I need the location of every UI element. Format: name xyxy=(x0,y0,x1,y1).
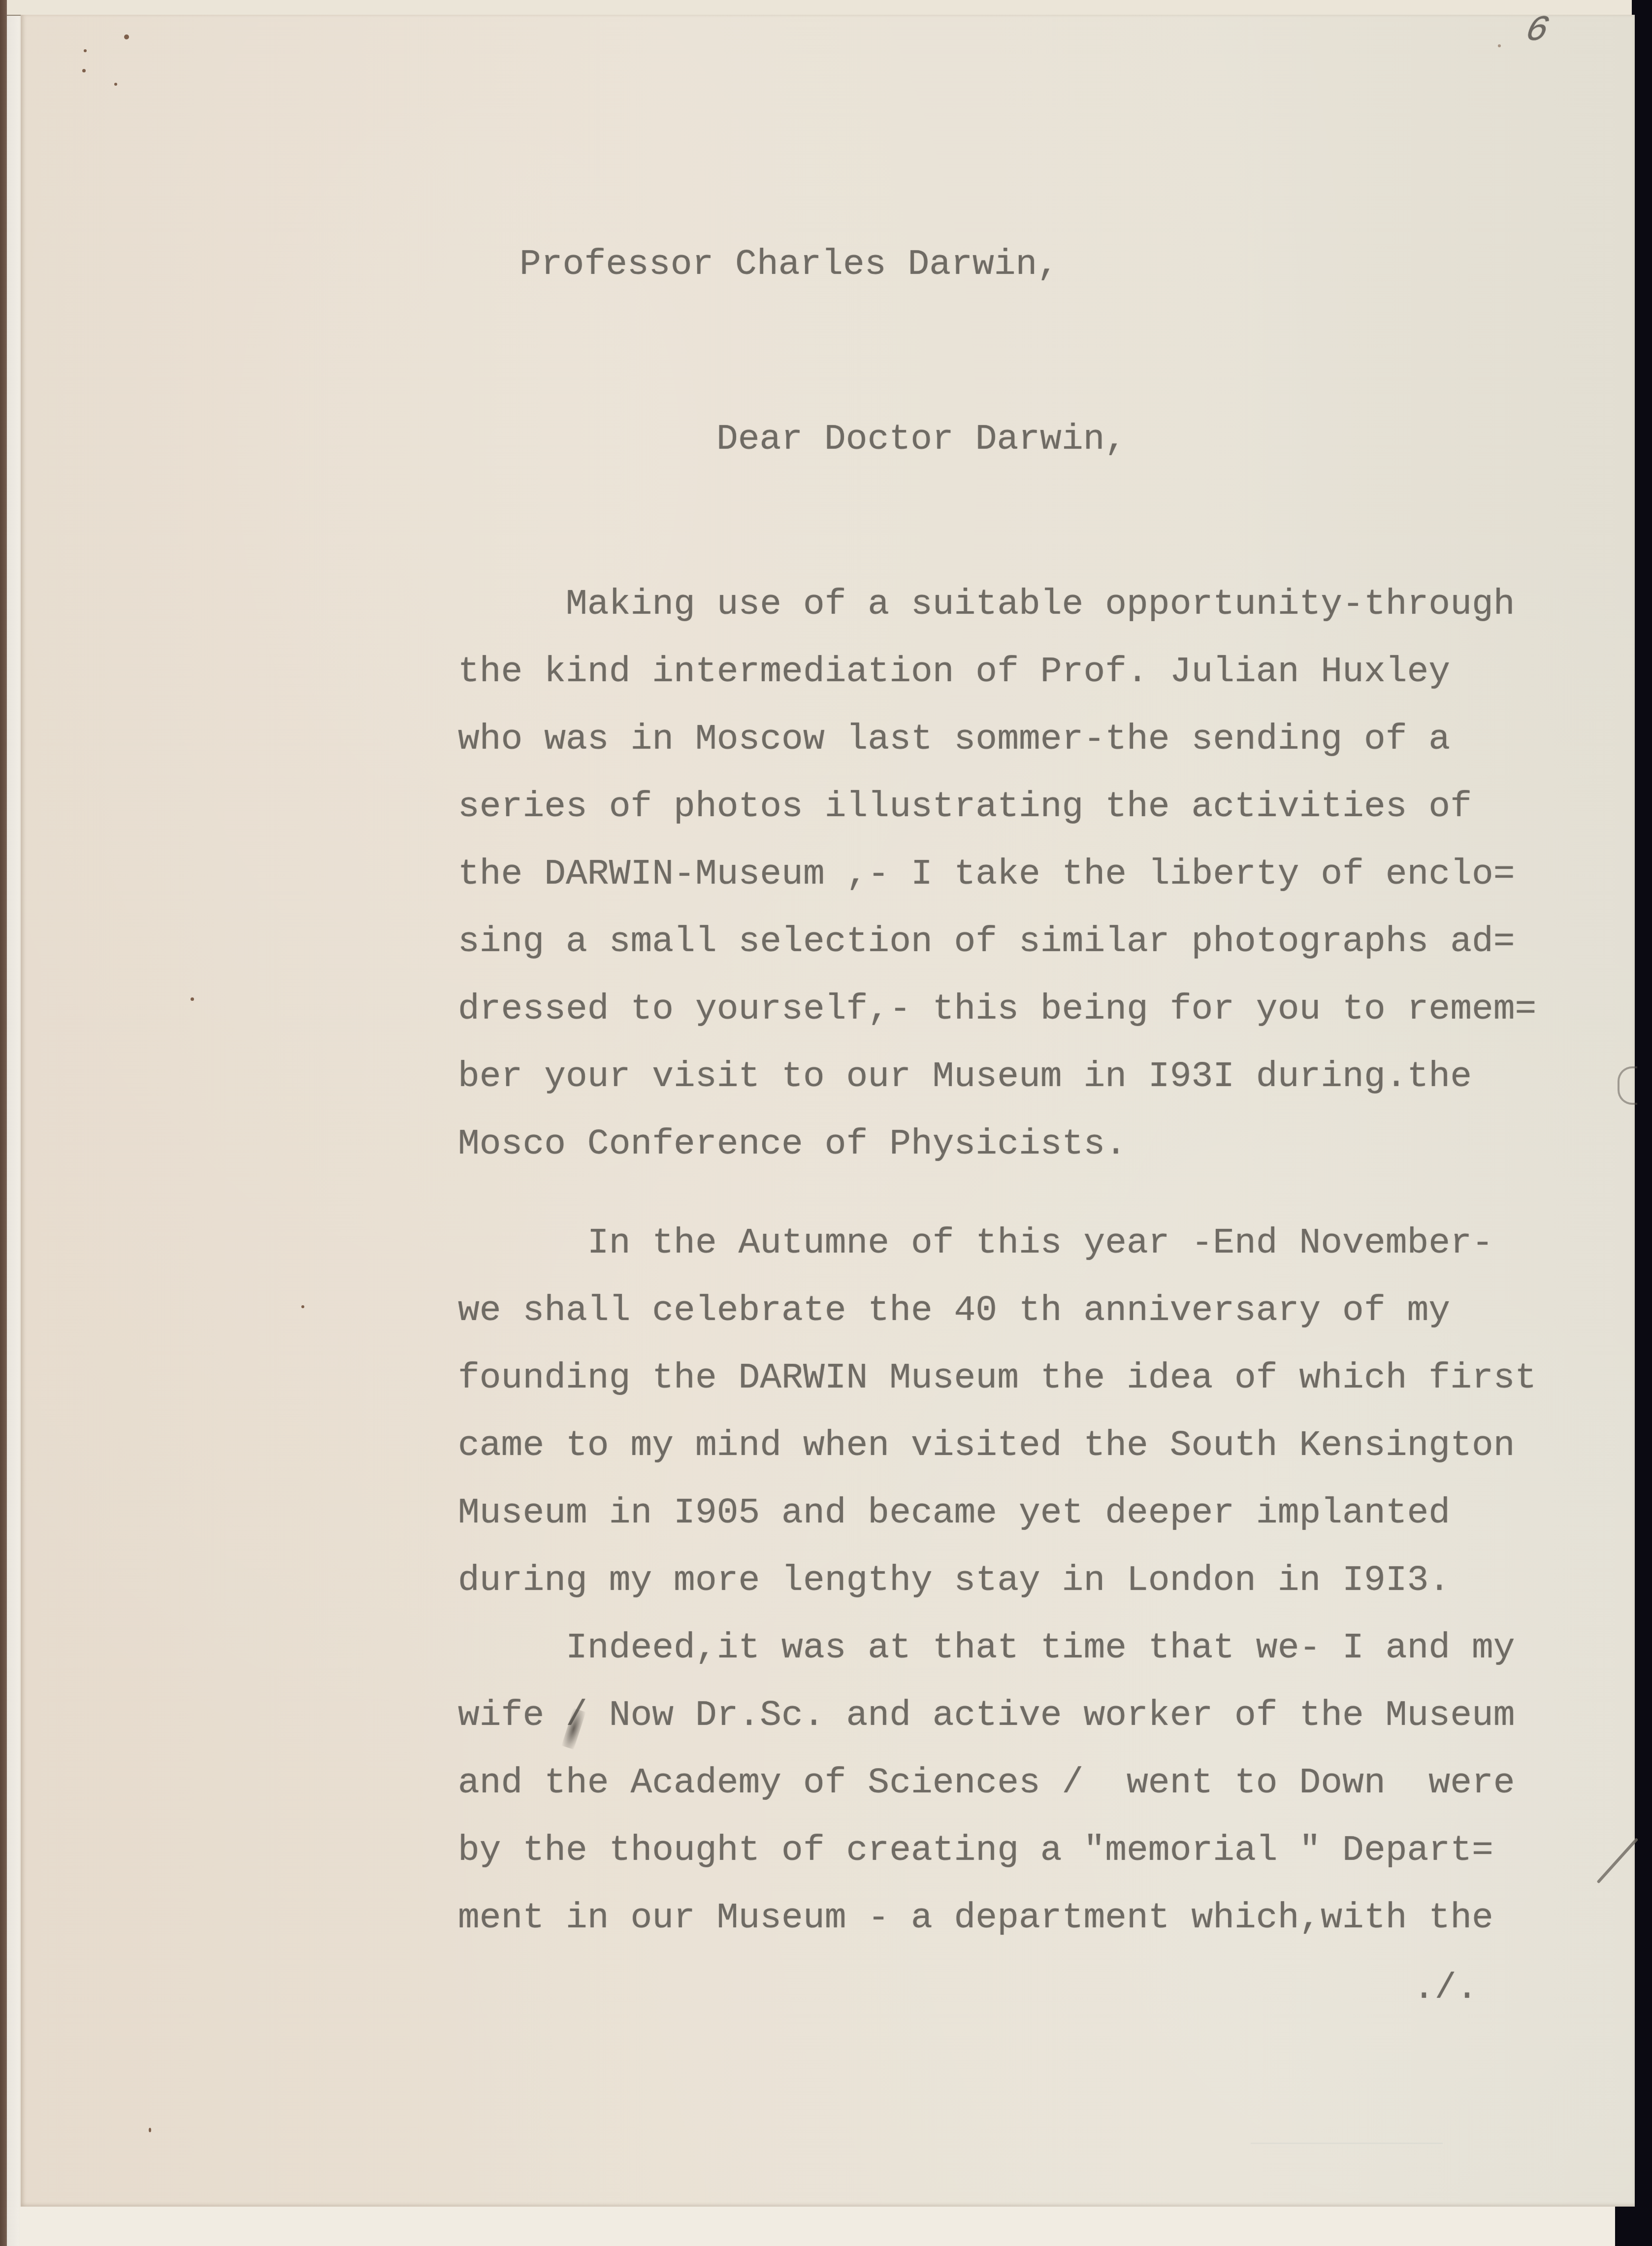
foxing-speck xyxy=(114,83,117,86)
foxing-speck xyxy=(84,49,87,52)
paragraph-line: Making use of a suitable opportunity-thr… xyxy=(458,586,1515,626)
paragraph-line: founding the DARWIN Museum the idea of w… xyxy=(458,1360,1536,1399)
salutation-line: Dear Doctor Darwin, xyxy=(716,421,1126,457)
foxing-speck xyxy=(82,69,86,72)
foxing-speck xyxy=(149,2128,151,2132)
paragraph-line: ber your visit to our Museum in I93I dur… xyxy=(458,1058,1472,1098)
paragraph-line: wife / Now Dr.Sc. and active worker of t… xyxy=(458,1697,1515,1737)
paragraph-line: and the Academy of Sciences / went to Do… xyxy=(458,1765,1515,1804)
paragraph-line: In the Autumne of this year -End Novembe… xyxy=(458,1225,1493,1264)
paragraph-line: during my more lengthy stay in London in… xyxy=(458,1562,1450,1602)
paragraph-line: Indeed,it was at that time that we- I an… xyxy=(458,1630,1515,1669)
paragraph-line: sing a small selection of similar photog… xyxy=(458,924,1515,963)
paragraph-line: Museum in I905 and became yet deeper imp… xyxy=(458,1495,1450,1534)
foxing-speck xyxy=(124,34,129,39)
continuation-mark: ./. xyxy=(1413,1970,1478,2006)
underlying-sheet-bottom-edge xyxy=(20,2207,1615,2246)
paragraph-line: came to my mind when visited the South K… xyxy=(458,1427,1515,1467)
faint-stamp-showthrough xyxy=(1251,2039,1443,2144)
paragraph-line: the DARWIN-Museum ,- I take the liberty … xyxy=(458,856,1515,895)
paragraph-line: we shall celebrate the 40 th anniversary… xyxy=(458,1292,1450,1332)
paragraph-line: ment in our Museum - a department which,… xyxy=(458,1900,1493,1939)
paragraph-line: the kind intermediation of Prof. Julian … xyxy=(458,654,1450,693)
paragraph-line: who was in Moscow last sommer-the sendin… xyxy=(458,721,1450,760)
margin-pencil-curl xyxy=(1618,1066,1637,1105)
paragraph-line: Mosco Conference of Physicists. xyxy=(458,1126,1127,1165)
foxing-speck xyxy=(301,1305,304,1308)
addressee-line: Professor Charles Darwin, xyxy=(519,246,1059,282)
underlying-sheet-top-edge xyxy=(7,0,1632,16)
paragraph-line: dressed to yourself,- this being for you… xyxy=(458,991,1536,1030)
foxing-speck xyxy=(191,997,194,1001)
paragraph-line: by the thought of creating a "memorial "… xyxy=(458,1832,1493,1872)
letter-page xyxy=(21,15,1635,2207)
foxing-speck xyxy=(1498,44,1501,47)
paragraph-line: series of photos illustrating the activi… xyxy=(458,789,1472,828)
